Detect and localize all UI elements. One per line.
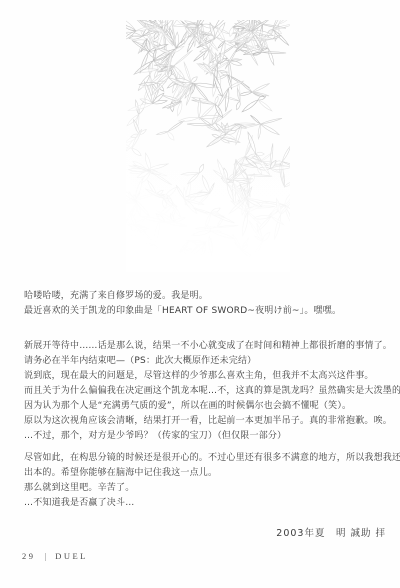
paragraph-main: 新展开等待中……话是那么说，结果一不小心就变成了在时间和精神上都很折磨的事情了。…	[24, 339, 386, 444]
afterword-text: 哈喽哈喽，充满了来自修罗场的爱。我是明。最近喜欢的关于凯龙的印象曲是「HEART…	[24, 289, 386, 511]
text-line: 而且关于为什么偏偏我在决定画这个凯龙本呢…不，这真的算是凯龙吗？虽然确实是大泼墨…	[24, 384, 386, 399]
author-signature: 2003年夏 明 誠助 拝	[24, 525, 386, 539]
book-page: 哈喽哈喽，充满了来自修罗场的爱。我是明。最近喜欢的关于凯龙的印象曲是「HEART…	[0, 0, 400, 588]
text-line: 出本的。希望你能够在脑海中记住我这一点儿。	[24, 466, 386, 481]
text-line: 哈喽哈喽，充满了来自修罗场的爱。我是明。	[24, 289, 386, 304]
text-line: 最近喜欢的关于凯龙的印象曲是「HEART OF SWORD~夜明け前~」。嘿嘿。	[24, 304, 386, 319]
text-line: …不知道我是否赢了决斗…	[24, 496, 386, 511]
text-line: 说到底，现在最大的问题是，尽管这样的少爷那么喜欢主角，但我并不太高兴这件事。	[24, 369, 386, 384]
paragraph-greeting: 哈喽哈喽，充满了来自修罗场的爱。我是明。最近喜欢的关于凯龙的印象曲是「HEART…	[24, 289, 386, 319]
text-line: 请务必在半年内结束吧—（PS：此次大概原作还未完结）	[24, 354, 386, 369]
text-line: 因为认为那个人是“充满勇气质的爱”，所以在画的时候偶尔也会搞不懂呢（笑）。	[24, 399, 386, 414]
page-number: 29	[22, 551, 36, 561]
paragraph-closing: 尽管如此，在构思分镜的时候还是很开心的。不过心里还有很多不满意的地方，所以我想我…	[24, 451, 386, 511]
text-line: 尽管如此，在构思分镜的时候还是很开心的。不过心里还有很多不满意的地方，所以我想我…	[24, 451, 386, 466]
page-footer: 29 | DUEL	[22, 551, 88, 561]
footer-separator: |	[45, 551, 47, 561]
foliage-pattern	[126, 20, 290, 272]
text-line: 新展开等待中……话是那么说，结果一不小心就变成了在时间和精神上都很折磨的事情了。	[24, 339, 386, 354]
foliage-fade-overlay	[126, 20, 290, 272]
book-title: DUEL	[55, 551, 88, 561]
text-line: 那么就到这里吧。辛苦了。	[24, 481, 386, 496]
text-line: …不过，那个，对方是少爷吗？（传家的宝刀）（但仅限一部分）	[24, 429, 386, 444]
text-line: 原以为这次视角应该会清晰，结果打开一看，比起前一本更加半吊子。真的非常抱歉。唉。	[24, 414, 386, 429]
